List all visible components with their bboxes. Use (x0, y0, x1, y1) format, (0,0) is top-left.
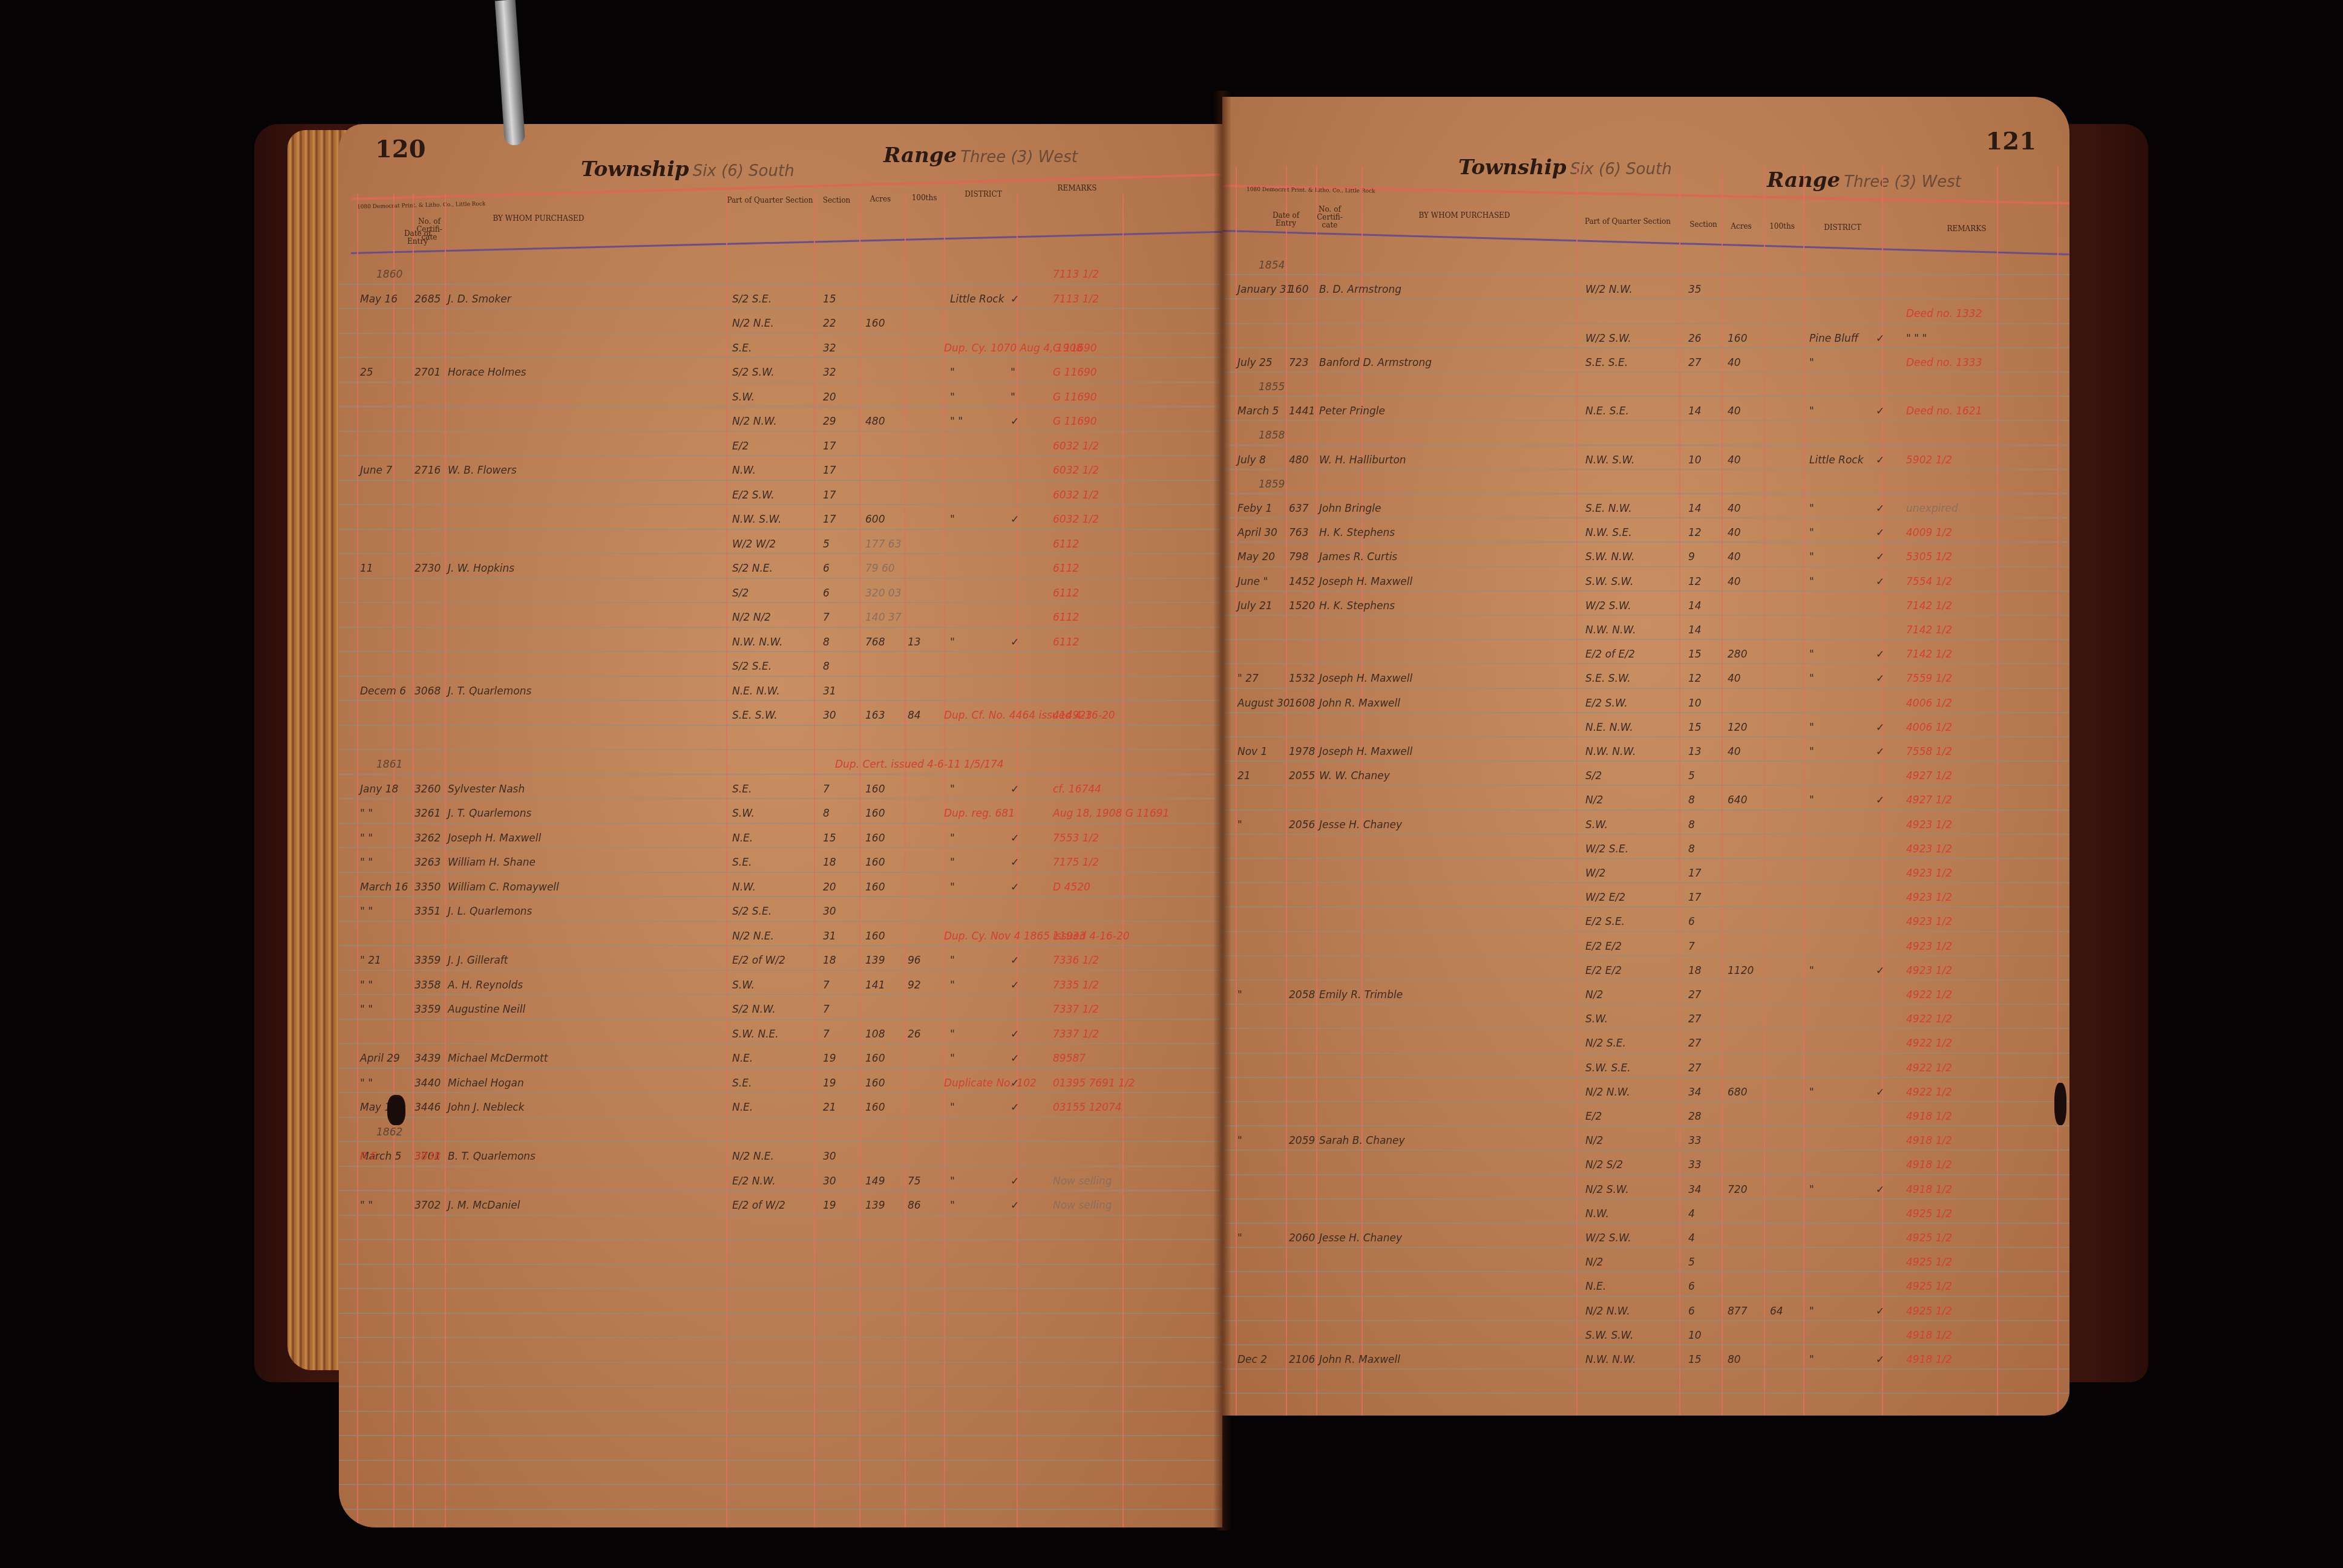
acres: 160 (865, 832, 885, 844)
remarks: D 4520 (1053, 881, 1090, 893)
purchaser-name: Michael McDermott (448, 1053, 548, 1065)
ledger-entry-row: E/2 N.W.3014975"✓Now selling (339, 1167, 1222, 1190)
certificate-number: 2716 (415, 465, 441, 477)
certificate-number: 1608 (1289, 697, 1315, 710)
entry-date: May 16 (360, 293, 398, 305)
section-number: 34 (1688, 1086, 1702, 1099)
acres: 108 (865, 1028, 885, 1040)
acres: 640 (1728, 794, 1747, 806)
ledger-entry-row: August 301608John R. MaxwellE/2 S.W.1040… (1222, 689, 2069, 712)
check-mark: ✓ (1876, 794, 1884, 806)
remarks: 6032 1/2 (1053, 489, 1099, 501)
entry-date: May 20 (1237, 551, 1275, 563)
remarks: 4918 1/2 (1906, 1354, 1952, 1366)
purchaser-name: W. H. Halliburton (1319, 454, 1406, 466)
ledger-entry-row: 112730J. W. HopkinsS/2 N.E.679 606112 (339, 554, 1222, 577)
ledger-entry-row: W/2 S.W.26160Pine Bluff✓" " " (1222, 324, 2069, 347)
purchaser-name: J. M. McDaniel (448, 1200, 520, 1212)
section-number: 15 (1688, 1354, 1702, 1366)
remarks: 6032 1/2 (1053, 465, 1099, 477)
remarks: 4923 1/2 (1906, 965, 1952, 977)
ledger-entry-row: N/254925 1/2 (1222, 1248, 2069, 1271)
entry-date: Nov 1 (1237, 746, 1267, 758)
quarter-section: S.W. (1585, 1013, 1608, 1025)
quarter-section: S/2 S.E. (732, 661, 772, 673)
ledger-entry-row: N.W.44925 1/2 (1222, 1200, 2069, 1223)
column-header-cert: No. of Certifi-cate (1313, 206, 1346, 229)
entry-date: July 21 (1237, 600, 1273, 612)
ledger-entry-row: April 293439Michael McDermottN.E.19160"✓… (339, 1044, 1222, 1067)
ledger-entry-row: N.E.64925 1/2 (1222, 1272, 2069, 1295)
remarks: 4927 1/2 (1906, 794, 1952, 806)
check-mark: " (1011, 367, 1015, 379)
section-number: 7 (823, 612, 830, 624)
ledger-entry-row: S.W. N.E.710826"✓7337 1/2 (339, 1020, 1222, 1043)
ledger-entry-row: 1862 (339, 1118, 1222, 1141)
ledger-entry-row: N/2 S.E.274922 1/2 (1222, 1029, 2069, 1052)
remarks: Deed no. 1332 (1906, 308, 1982, 320)
section-number: 35 (1688, 284, 1702, 296)
section-number: 30 (823, 710, 836, 722)
section-number: 9 (1688, 551, 1695, 563)
purchaser-name: John R. Maxwell (1319, 697, 1400, 710)
ledger-entry-row: E/2 E/274923 1/2 (1222, 932, 2069, 955)
district: " (950, 636, 955, 648)
ledger-entry-row: 18607113 1/2 (339, 260, 1222, 283)
remarks: 4923 1/2 (1906, 819, 1952, 831)
district: " (1809, 965, 1814, 977)
section-number: 6 (1688, 1305, 1695, 1318)
remarks: 7142 1/2 (1906, 624, 1952, 636)
ruled-line (339, 1509, 1222, 1510)
certificate-number: 1978 (1289, 746, 1315, 758)
ledger-entry-row: S.W.274922 1/2 (1222, 1005, 2069, 1028)
check-mark: ✓ (1011, 955, 1019, 967)
certificate-annotation: 3838 (415, 1151, 441, 1163)
hundredths: 13 (908, 636, 921, 648)
ledger-entry-row: W/2 W/25177 636112 (339, 530, 1222, 553)
entry-date: " " (360, 857, 373, 869)
section-number: 12 (1688, 527, 1702, 539)
remarks: G 11690 (1053, 342, 1097, 354)
ruled-line (339, 1337, 1222, 1338)
remarks: 4918 1/2 (1906, 1135, 1952, 1147)
page-damage (2054, 1083, 2066, 1125)
remarks: 6112 (1053, 563, 1079, 575)
ruled-line (339, 1288, 1222, 1289)
ledger-entry-row: N/2 N.W.34680"✓4922 1/2 (1222, 1078, 2069, 1101)
check-mark: ✓ (1011, 979, 1019, 991)
purchaser-name: Joseph H. Maxwell (1319, 746, 1412, 758)
district: " (950, 881, 955, 893)
ledger-entry-row: N/2 N/27140 376112 (339, 603, 1222, 626)
remarks: 5902 1/2 (1906, 454, 1952, 466)
quarter-section: E/2 E/2 (1585, 941, 1622, 953)
ledger-entry-row: 1854 (1222, 251, 2069, 274)
ledger-entry-row: Deed no. 1332 (1222, 299, 2069, 322)
district: Pine Bluff (1809, 333, 1858, 345)
section-number: 33 (1688, 1159, 1702, 1171)
quarter-section: E/2 S.W. (732, 489, 775, 501)
quarter-section: S.W. (1585, 819, 1608, 831)
check-mark: ✓ (1011, 1175, 1019, 1187)
purchaser-name: Horace Holmes (448, 367, 526, 379)
section-number: 17 (823, 489, 836, 501)
quarter-section: S/2 S.E. (732, 293, 772, 305)
acres: 600 (865, 514, 885, 526)
ruled-line (339, 1362, 1222, 1363)
section-number: 5 (1688, 1256, 1695, 1269)
quarter-section: N.E. S.E. (1585, 405, 1629, 417)
quarter-section: N.W. (1585, 1208, 1609, 1220)
acres: 160 (865, 318, 885, 330)
ledger-entry-row: March 5R.E.37013838B. T. QuarlemonsN/2 N… (339, 1142, 1222, 1165)
column-header-hundredths: 100ths (1764, 223, 1800, 230)
entry-date: " (1237, 1232, 1242, 1244)
entry-date: " (1237, 819, 1242, 831)
quarter-section: E/2 S.E. (1585, 916, 1625, 928)
check-mark: ✓ (1876, 454, 1884, 466)
entry-date: " " (360, 1004, 373, 1016)
entry-date: " " (360, 906, 373, 918)
quarter-section: S.E. (732, 342, 752, 354)
section-number: 19 (823, 1077, 836, 1089)
check-mark: ✓ (1876, 1184, 1884, 1196)
acres: 40 (1728, 503, 1741, 515)
section-number: 4 (1688, 1232, 1695, 1244)
acres: 139 (865, 955, 885, 967)
remarks: 4925 1/2 (1906, 1256, 1952, 1269)
check-mark: ✓ (1011, 1102, 1019, 1114)
margin-note: Dup. Cert. issued 4-6-11 1/5/174 (835, 759, 1004, 771)
acres: 120 (1728, 722, 1747, 734)
check-mark: ✓ (1011, 1053, 1019, 1065)
check-mark: ✓ (1011, 783, 1019, 795)
district: " (1809, 551, 1814, 563)
acres: 877 (1728, 1305, 1747, 1318)
check-mark: ✓ (1011, 416, 1019, 428)
ledger-entry-row: N/2 S.W.34720"✓4918 1/2 (1222, 1175, 2069, 1198)
section-number: 8 (823, 636, 830, 648)
district: " (950, 391, 955, 403)
check-mark: ✓ (1876, 333, 1884, 345)
purchaser-name: James R. Curtis (1319, 551, 1397, 563)
quarter-section: E/2 N.W. (732, 1175, 776, 1187)
remarks: 7554 1/2 (1906, 576, 1952, 588)
section-number: 15 (823, 832, 836, 844)
certificate-number: 1532 (1289, 673, 1315, 685)
district: " (1809, 527, 1814, 539)
purchaser-name: Augustine Neill (448, 1004, 525, 1016)
section-number: 17 (823, 465, 836, 477)
purchaser-name: W. W. Chaney (1319, 770, 1390, 782)
ledger-entry-row: N/28640"✓4927 1/2 (1222, 786, 2069, 809)
quarter-section: S.W. N.W. (1585, 551, 1634, 563)
remarks: 4927 1/2 (1906, 770, 1952, 782)
section-number: 27 (1688, 989, 1702, 1001)
entry-date: " 21 (360, 955, 381, 967)
column-header-date: Date of Entry (1265, 212, 1307, 227)
purchaser-name: Emily R. Trimble (1319, 989, 1403, 1001)
check-mark: ✓ (1876, 551, 1884, 563)
entry-year: 1862 (376, 1126, 402, 1138)
quarter-section: E/2 S.W. (1585, 697, 1628, 710)
check-mark: ✓ (1876, 1354, 1884, 1366)
ledger-entry-row: " "3440Michael HoganS.E.19160Duplicate N… (339, 1069, 1222, 1092)
section-number: 7 (1688, 941, 1695, 953)
section-number: 27 (1688, 357, 1702, 369)
district: " (950, 955, 955, 967)
entry-date: Jany 18 (360, 783, 398, 795)
district: " (1809, 576, 1814, 588)
check-mark: ✓ (1876, 1086, 1884, 1099)
quarter-section: N.W. N.W. (732, 636, 782, 648)
page-damage (387, 1095, 405, 1125)
remarks: 5305 1/2 (1906, 551, 1952, 563)
check-mark: ✓ (1011, 1200, 1019, 1212)
certificate-number: 1441 (1289, 405, 1315, 417)
quarter-section: S.W. S.E. (1585, 1062, 1631, 1074)
certificate-number: 2058 (1289, 989, 1315, 1001)
section-number: 14 (1688, 503, 1702, 515)
district: " (950, 1175, 955, 1187)
remarks: 7113 1/2 (1053, 269, 1099, 281)
purchaser-name: J. T. Quarlemons (448, 808, 531, 820)
section-number: 6 (823, 587, 830, 599)
check-mark: ✓ (1876, 648, 1884, 661)
quarter-section: S.E. (732, 783, 752, 795)
entry-date: " " (360, 1077, 373, 1089)
quarter-section: S.E. S.W. (732, 710, 778, 722)
district: " (1809, 746, 1814, 758)
purchaser-name: J. T. Quarlemons (448, 685, 531, 697)
check-mark: ✓ (1876, 576, 1884, 588)
column-header-part: Part of Quarter Section (726, 197, 814, 204)
remarks: 414923 (1053, 710, 1092, 722)
remarks: Deed no. 1621 (1906, 405, 1982, 417)
entry-date: " (1237, 1135, 1242, 1147)
acres: 320 03 (865, 587, 901, 599)
remarks: 6032 1/2 (1053, 440, 1099, 452)
check-mark: ✓ (1876, 1305, 1884, 1318)
quarter-section: N.E. N.W. (1585, 722, 1633, 734)
entry-date-annotation: R.E. (360, 1151, 380, 1163)
ledger-entry-row: July 8480W. H. HalliburtonN.W. S.W.1040L… (1222, 446, 2069, 469)
ledger-entry-row: March 163350William C. RomaywellN.W.2016… (339, 873, 1222, 896)
acres: 40 (1728, 551, 1741, 563)
ledger-entry-row: S.E.32Dup. Cy. 1070 Aug 4, 1908G 11690 (339, 334, 1222, 357)
book-gutter (1213, 91, 1231, 1530)
check-mark: ✓ (1011, 832, 1019, 844)
ledger-entry-row: Dec 22106John R. MaxwellN.W. N.W.1580"✓4… (1222, 1345, 2069, 1368)
section-number: 10 (1688, 454, 1702, 466)
entry-date: August 30 (1237, 697, 1290, 710)
entry-date: " " (360, 979, 373, 991)
check-mark: ✓ (1011, 293, 1019, 305)
acres: 480 (865, 416, 885, 428)
quarter-section: S.W. (732, 979, 755, 991)
ledger-entry-row: " "3702J. M. McDanielE/2 of W/21913986"✓… (339, 1191, 1222, 1214)
section-number: 20 (823, 881, 836, 893)
purchaser-name: W. B. Flowers (448, 465, 517, 477)
section-number: 32 (823, 342, 836, 354)
quarter-section: N/2 S.E. (1585, 1037, 1626, 1050)
certificate-number: 480 (1289, 454, 1308, 466)
quarter-section: E/2 E/2 (1585, 965, 1622, 977)
purchaser-name: Peter Pringle (1319, 405, 1385, 417)
certificate-number: 3359 (415, 1004, 441, 1016)
entry-year: 1860 (376, 269, 402, 281)
entry-date: " " (360, 808, 373, 820)
certificate-number: 637 (1289, 503, 1308, 515)
remarks: G 11690 (1053, 391, 1097, 403)
section-number: 5 (1688, 770, 1695, 782)
ledger-entry-row (339, 726, 1222, 749)
remarks: 4006 1/2 (1906, 697, 1952, 710)
district: " (1809, 794, 1814, 806)
quarter-section: N/2 N.W. (1585, 1305, 1630, 1318)
remarks: cf. 16744 (1053, 783, 1101, 795)
purchaser-name: William H. Shane (448, 857, 536, 869)
ledger-entry-row: May 162685J. D. SmokerS/2 S.E.15Little R… (339, 285, 1222, 308)
check-mark: ✓ (1876, 673, 1884, 685)
section-number: 8 (1688, 794, 1695, 806)
remarks: Deed no. 1333 (1906, 357, 1982, 369)
ledger-entry-row: "2060Jesse H. ChaneyW/2 S.W.44925 1/2 (1222, 1224, 2069, 1247)
ledger-entry-row: E/2176032 1/2 (339, 432, 1222, 455)
section-number: 8 (823, 661, 830, 673)
purchaser-name: B. T. Quarlemons (448, 1151, 536, 1163)
entry-date: July 25 (1237, 357, 1273, 369)
certificate-number: 3439 (415, 1053, 441, 1065)
section-number: 20 (823, 391, 836, 403)
certificate-number: 3261 (415, 808, 441, 820)
section-number: 7 (823, 1028, 830, 1040)
ledger-entry-row: S.E. S.W.3016384Dup. Cf. No. 4464 issued… (339, 701, 1222, 724)
purchaser-name: Sylvester Nash (448, 783, 525, 795)
section-number: 32 (823, 367, 836, 379)
district: " (1809, 1354, 1814, 1366)
ledger-entry-row: " "3263William H. ShaneS.E.18160"✓7175 1… (339, 848, 1222, 871)
check-mark: ✓ (1011, 514, 1019, 526)
section-number: 19 (823, 1053, 836, 1065)
ruled-line (339, 1215, 1222, 1216)
entry-date: January 31 (1237, 284, 1293, 296)
ledger-entry-row: W/2174923 1/2 (1222, 859, 2069, 882)
ledger-entry-row: May 163446John J. NebleckN.E.21160"✓0315… (339, 1093, 1222, 1116)
certificate-number: 2059 (1289, 1135, 1315, 1147)
quarter-section: E/2 of E/2 (1585, 648, 1635, 661)
acres: 160 (865, 930, 885, 942)
quarter-section: S/2 N.W. (732, 1004, 776, 1016)
district: " (1809, 357, 1814, 369)
acres: 40 (1728, 673, 1741, 685)
ledger-grid: Date of EntryNo. of Certifi-cateBY WHOM … (339, 124, 1222, 1527)
certificate-number: 3702 (415, 1200, 441, 1212)
quarter-section: E/2 of W/2 (732, 1200, 785, 1212)
purchaser-name: Joseph H. Maxwell (1319, 673, 1412, 685)
quarter-section: N.W. N.W. (1585, 1354, 1636, 1366)
entry-date: 25 (360, 367, 373, 379)
acres: 160 (865, 1053, 885, 1065)
certificate-number: 2701 (415, 367, 441, 379)
ruled-line (339, 1239, 1222, 1240)
remarks: G 11690 (1053, 416, 1097, 428)
ledger-entry-row: " "3262Joseph H. MaxwellN.E.15160"✓7553 … (339, 824, 1222, 847)
entry-date: April 30 (1237, 527, 1277, 539)
acres: 140 37 (865, 612, 901, 624)
entry-year: 1859 (1259, 479, 1285, 491)
ledger-entry-row: 1859 (1222, 470, 2069, 493)
section-number: 31 (823, 930, 836, 942)
section-number: 19 (823, 1200, 836, 1212)
certificate-number: 2106 (1289, 1354, 1315, 1366)
check-mark: ✓ (1011, 636, 1019, 648)
remarks: G 11690 (1053, 367, 1097, 379)
section-number: 6 (823, 563, 830, 575)
quarter-section: S.E. S.E. (1585, 357, 1628, 369)
ledger-entry-row: N.W. N.W.876813"✓6112 (339, 628, 1222, 651)
acres: 149 (865, 1175, 885, 1187)
district-annotation: Duplicate No. 102 (944, 1077, 1037, 1089)
certificate-number: 3359 (415, 955, 441, 967)
section-number: 33 (1688, 1135, 1702, 1147)
section-number: 21 (823, 1102, 836, 1114)
purchaser-name: William C. Romaywell (448, 881, 559, 893)
ledger-entry-row: " "3358A. H. ReynoldsS.W.714192"✓7335 1/… (339, 971, 1222, 994)
district: " (950, 979, 955, 991)
section-number: 22 (823, 318, 836, 330)
ledger-grid: Date of EntryNo. of Certifi-cateBY WHOM … (1222, 97, 2069, 1416)
certificate-number: 1520 (1289, 600, 1315, 612)
quarter-section: S.W. (732, 808, 755, 820)
check-mark: ✓ (1876, 746, 1884, 758)
ruled-line (339, 1460, 1222, 1461)
section-number: 34 (1688, 1184, 1702, 1196)
ledger-entry-row: S.W. S.E.274922 1/2 (1222, 1054, 2069, 1077)
hundredths: 86 (908, 1200, 921, 1212)
district: " (1809, 1305, 1814, 1318)
remarks: 4925 1/2 (1906, 1281, 1952, 1293)
remarks: 7113 1/2 (1053, 293, 1099, 305)
remarks: 4923 1/2 (1906, 892, 1952, 904)
purchaser-name: Joseph H. Maxwell (1319, 576, 1412, 588)
acres: 160 (865, 783, 885, 795)
section-number: 7 (823, 979, 830, 991)
column-header-district: DISTRICT (950, 191, 1017, 198)
remarks: 4006 1/2 (1906, 722, 1952, 734)
purchaser-name: J. L. Quarlemons (448, 906, 532, 918)
quarter-section: N.E. N.W. (732, 685, 780, 697)
section-number: 27 (1688, 1062, 1702, 1074)
ledger-entry-row: "2059Sarah B. ChaneyN/2334918 1/2 (1222, 1126, 2069, 1149)
acres: 1120 (1728, 965, 1754, 977)
quarter-section: N.W. S.E. (1585, 527, 1632, 539)
ledger-entry-row: E/2284918 1/2 (1222, 1102, 2069, 1125)
check-mark: ✓ (1876, 965, 1884, 977)
ledger-entry-row: April 30763H. K. StephensN.W. S.E.1240"✓… (1222, 518, 2069, 541)
remarks: Now selling (1053, 1175, 1112, 1187)
quarter-section: N/2 N.W. (1585, 1086, 1630, 1099)
purchaser-name: Michael Hogan (448, 1077, 524, 1089)
acres: 139 (865, 1200, 885, 1212)
column-header-part: Part of Quarter Section (1579, 218, 1676, 226)
district: " (1809, 722, 1814, 734)
remarks: 6112 (1053, 636, 1079, 648)
entry-year: 1854 (1259, 260, 1285, 272)
remarks: 6112 (1053, 538, 1079, 550)
certificate-number: 763 (1289, 527, 1308, 539)
